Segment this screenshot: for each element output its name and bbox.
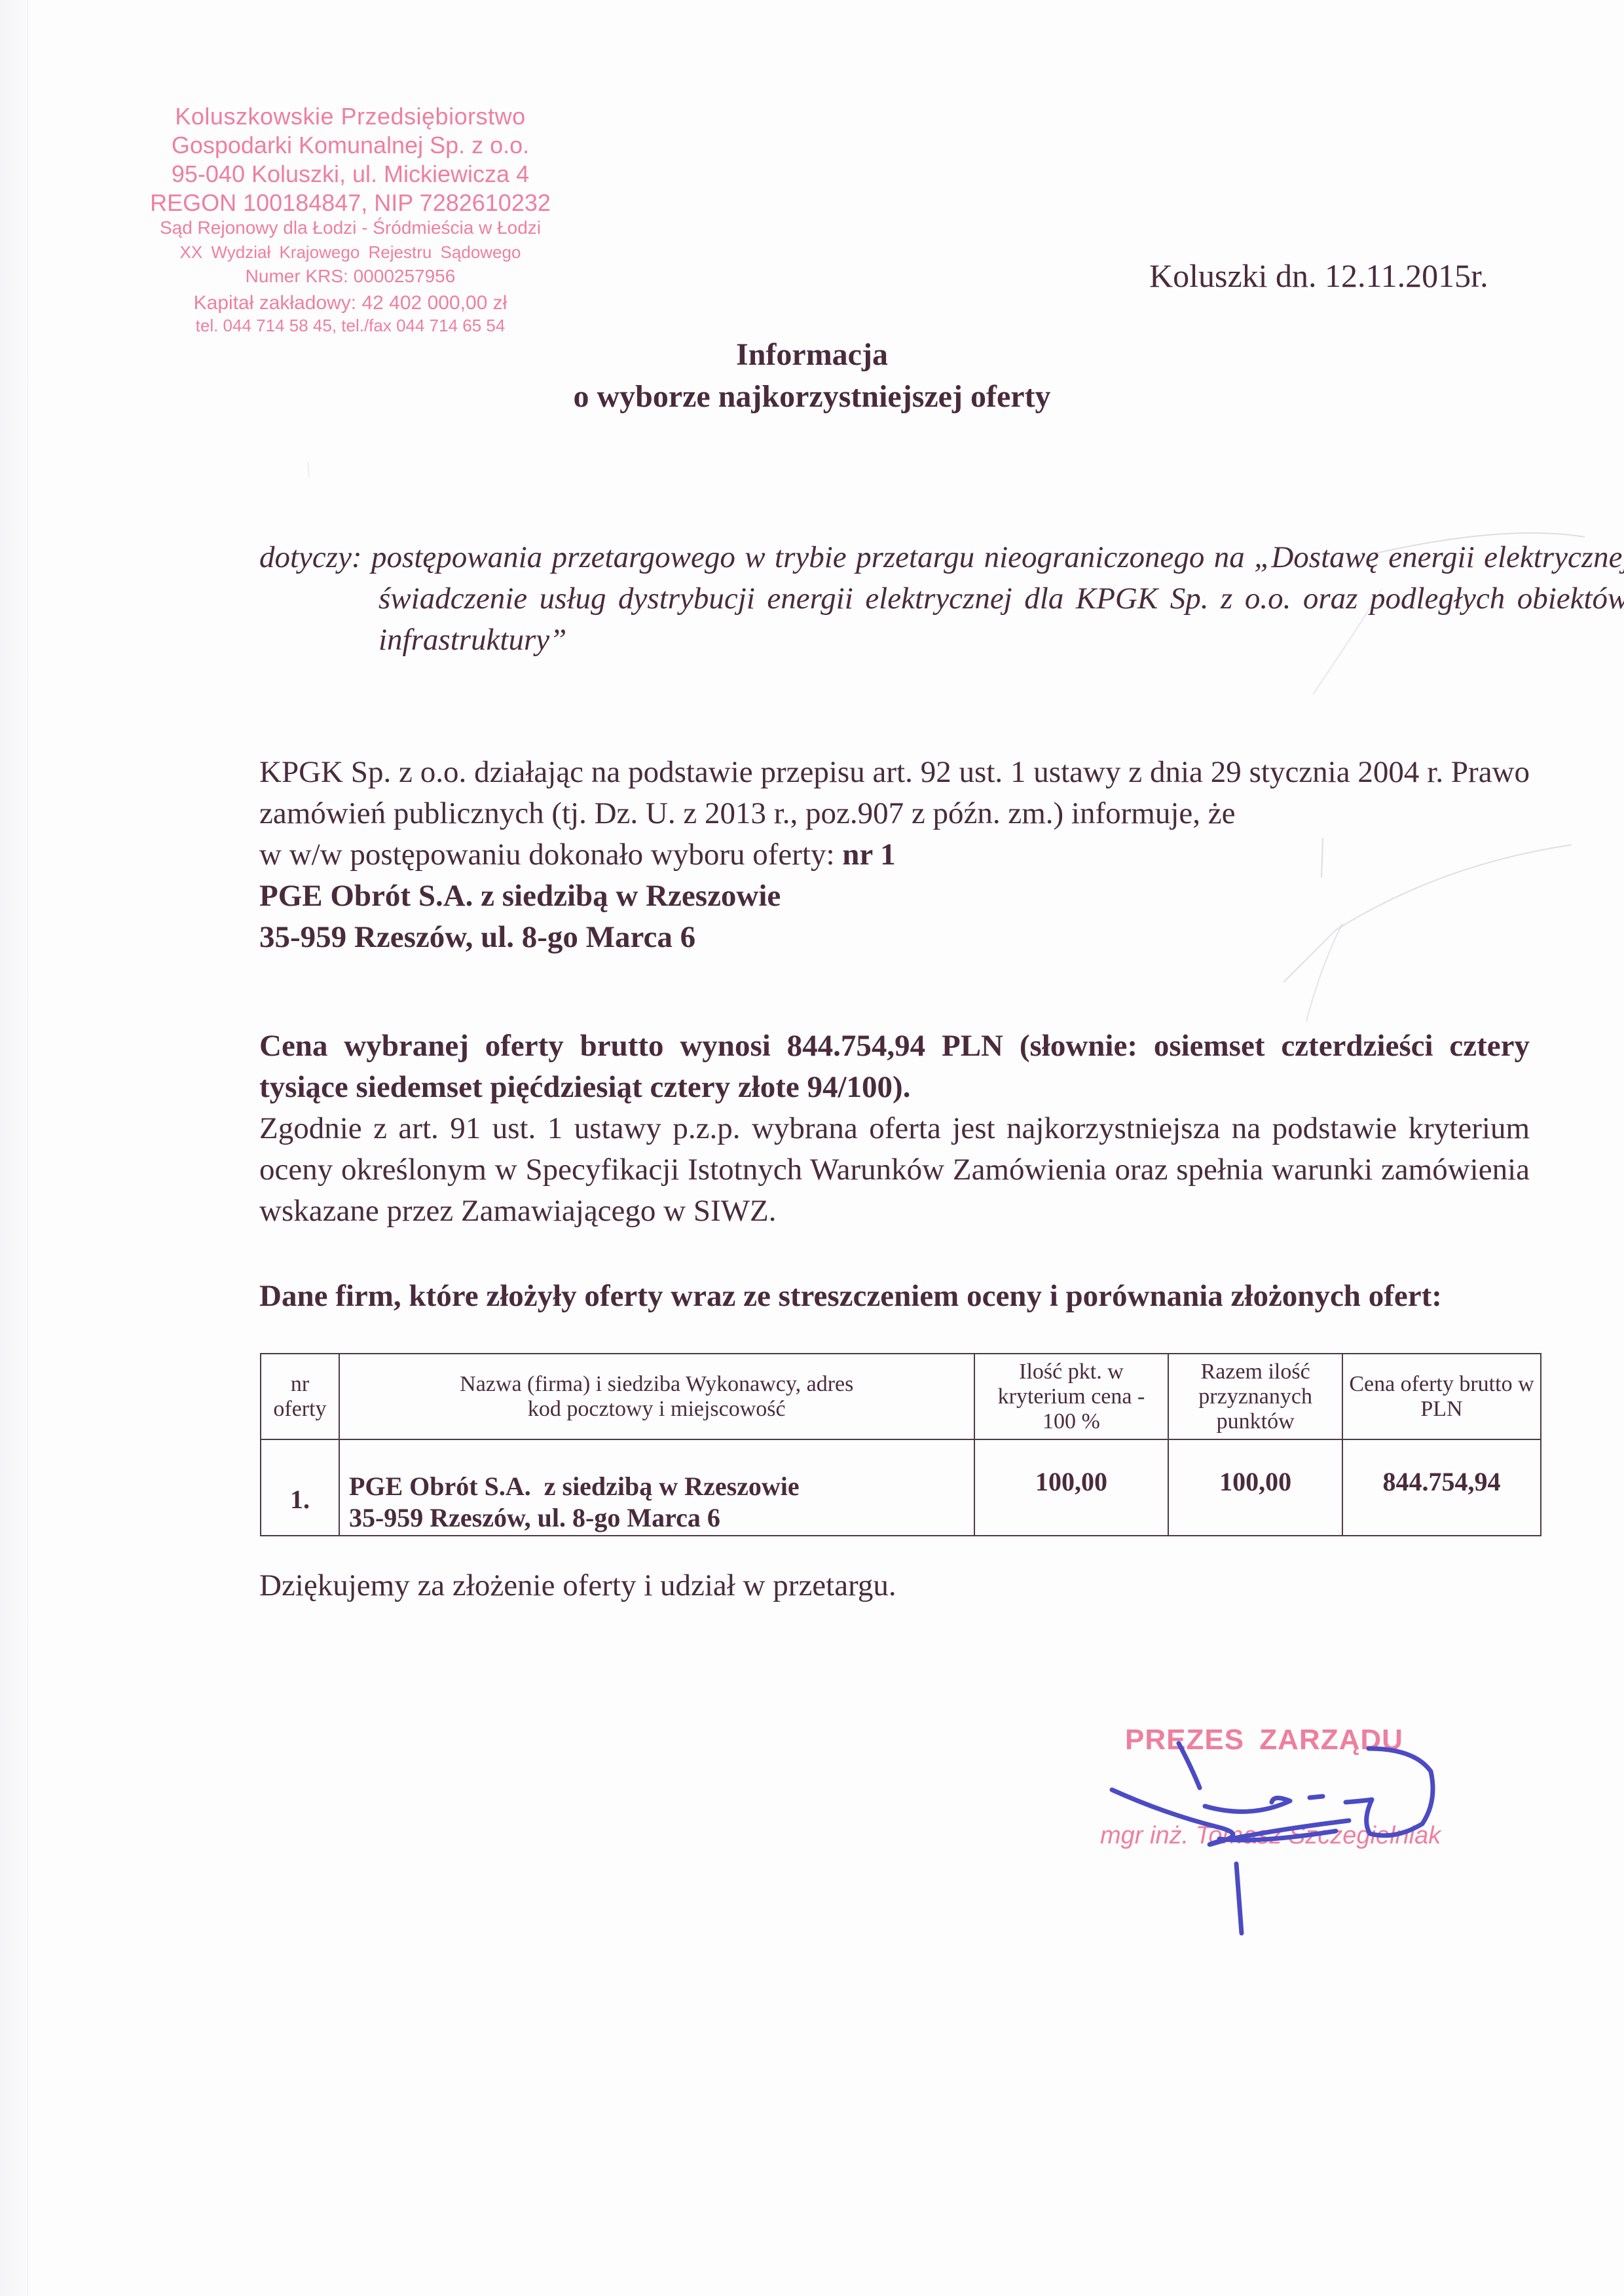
stamp-company-name-line2: Gospodarki Komunalnej Sp. z o.o. xyxy=(124,134,576,157)
regards-label: dotyczy: xyxy=(259,540,362,574)
stamp-court: Sąd Rejonowy dla Łodzi - Śródmieścia w Ł… xyxy=(124,219,576,237)
decision-text: KPGK Sp. z o.o. działając na podstawie p… xyxy=(259,755,1530,830)
header-points: Ilość pkt. w kryterium cena - 100 % xyxy=(974,1354,1169,1439)
place-date: Koluszki dn. 12.11.2015r. xyxy=(1149,257,1488,295)
cell-name: PGE Obrót S.A. z siedzibą w Rzeszowie 35… xyxy=(339,1439,974,1536)
header-name: Nazwa (firma) i siedziba Wykonawcy, adre… xyxy=(339,1354,974,1439)
regards-text: postępowania przetargowego w trybie prze… xyxy=(371,540,1624,657)
stamp-register-dept: XX Wydział Krajowego Rejestru Sądowego xyxy=(124,244,576,261)
signature-stamp-name: mgr inż. Tomasz Szczegielniak xyxy=(1100,1822,1441,1850)
table-header-row: nr oferty Nazwa (firma) i siedziba Wykon… xyxy=(261,1354,1541,1439)
decision-line-last: w w/w postępowaniu dokonało wyboru ofert… xyxy=(259,834,1530,876)
stamp-company-name-line1: Koluszkowskie Przedsiębiorstwo xyxy=(124,105,576,128)
stamp-address: 95-040 Koluszki, ul. Mickiewicza 4 xyxy=(124,162,576,186)
stamp-regon-nip: REGON 100184847, NIP 7282610232 xyxy=(124,191,576,215)
header-total: Razem ilość przyznanych punktów xyxy=(1168,1354,1342,1439)
document-title: Informacja o wyborze najkorzystniejszej … xyxy=(0,334,1624,418)
header-name-text: Nazwa (firma) i siedziba Wykonawcy, adre… xyxy=(447,1372,866,1422)
decision-paragraph: KPGK Sp. z o.o. działając na podstawie p… xyxy=(259,752,1530,958)
thanks-note: Dziękujemy za złożenie oferty i udział w… xyxy=(259,1568,896,1603)
winner-name: PGE Obrót S.A. z siedzibą w Rzeszowie xyxy=(259,876,1530,917)
cell-name-line2: 35-959 Rzeszów, ul. 8-go Marca 6 xyxy=(349,1502,970,1534)
price-statement: Cena wybranej oferty brutto wynosi 844.7… xyxy=(259,1026,1530,1108)
cell-total: 100,00 xyxy=(1168,1439,1342,1536)
winner-address: 35-959 Rzeszów, ul. 8-go Marca 6 xyxy=(259,917,1530,958)
stamp-phone: tel. 044 714 58 45, tel./fax 044 714 65 … xyxy=(124,317,576,334)
header-price: Cena oferty brutto w PLN xyxy=(1342,1354,1541,1439)
title-line-2: o wyborze najkorzystniejszej oferty xyxy=(0,376,1624,418)
company-stamp: Koluszkowskie Przedsiębiorstwo Gospodark… xyxy=(124,105,576,334)
stamp-krs: Numer KRS: 0000257956 xyxy=(124,267,576,286)
price-justification: Zgodnie z art. 91 ust. 1 ustawy p.z.p. w… xyxy=(259,1111,1530,1228)
regards-paragraph: dotyczy: postępowania przetargowego w tr… xyxy=(259,537,1624,661)
offers-table: nr oferty Nazwa (firma) i siedziba Wykon… xyxy=(260,1353,1541,1536)
firms-heading: Dane firm, które złożyły oferty wraz ze … xyxy=(259,1276,1530,1317)
stamp-capital: Kapitał zakładowy: 42 402 000,00 zł xyxy=(124,293,576,313)
cell-nr: 1. xyxy=(261,1439,339,1536)
decision-selected-label: w w/w postępowaniu dokonało wyboru ofert… xyxy=(259,838,835,872)
cell-name-line1: PGE Obrót S.A. z siedzibą w Rzeszowie xyxy=(349,1471,970,1502)
cell-price: 844.754,94 xyxy=(1342,1439,1541,1536)
table-row: 1. PGE Obrót S.A. z siedzibą w Rzeszowie… xyxy=(261,1439,1541,1536)
header-nr: nr oferty xyxy=(261,1354,339,1439)
cell-points: 100,00 xyxy=(974,1439,1169,1536)
signature-stamp-title: PREZES ZARZĄDU xyxy=(1125,1724,1403,1756)
title-line-1: Informacja xyxy=(0,334,1624,376)
price-paragraph: Cena wybranej oferty brutto wynosi 844.7… xyxy=(259,1026,1530,1232)
offer-number: nr 1 xyxy=(842,838,895,872)
